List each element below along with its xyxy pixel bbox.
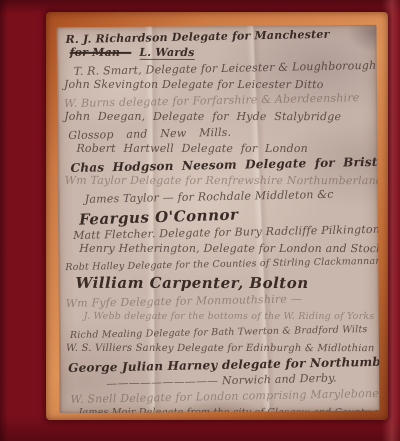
underlined-text: L. Wards [139,46,194,60]
frame-left-shadow [0,0,8,441]
manuscript-paper: R. J. Richardson Delegate for Manchester… [56,25,379,414]
crossed-out-text: for Man— [70,46,132,59]
manuscript-lines: R. J. Richardson Delegate for Manchester… [64,28,373,413]
framed-manuscript-photo: { "colors":{ "frame_red":"#7a0f1c", "fra… [0,0,400,441]
